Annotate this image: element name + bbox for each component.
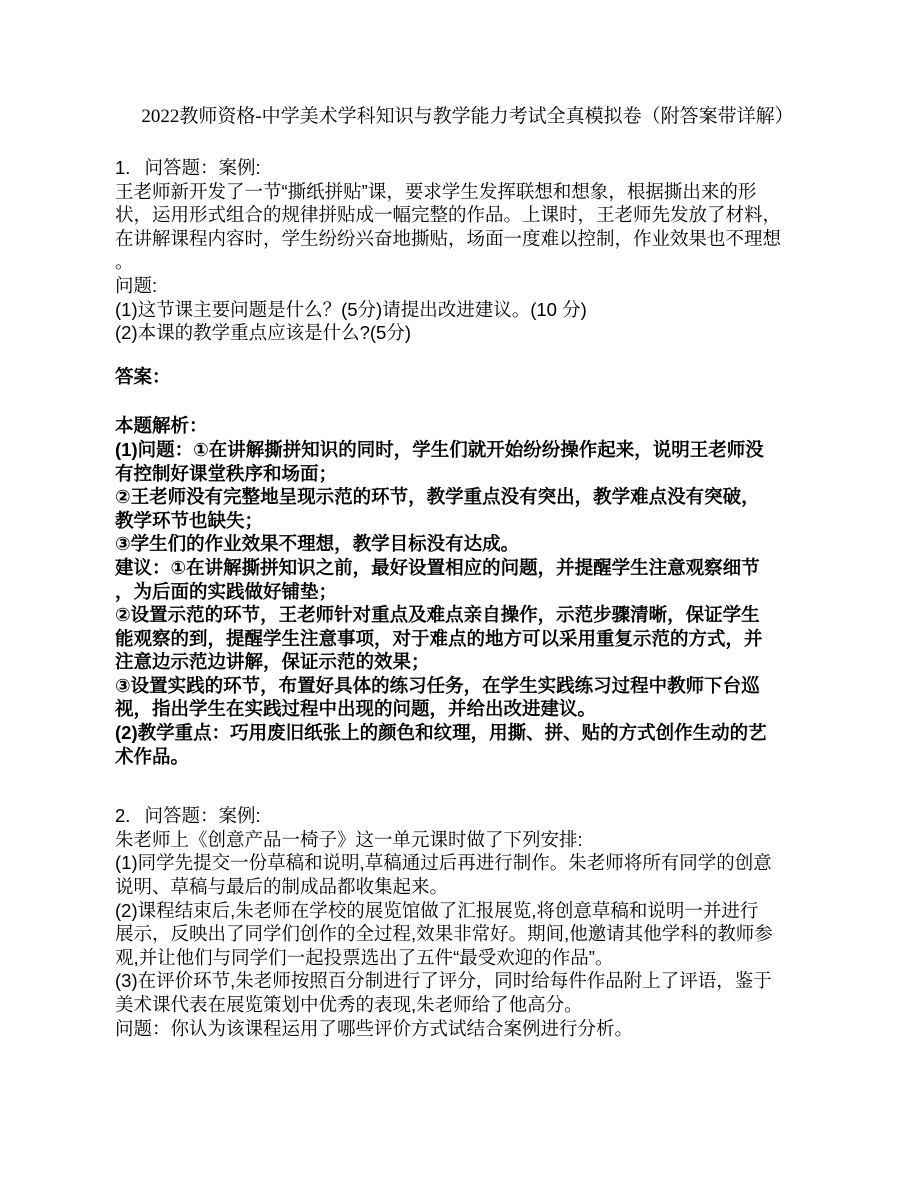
question-1-analysis-line: 视，指出学生在实践过程中出现的问题，并给出改进建议。: [115, 697, 820, 721]
question-2-case-line: (1)同学先提交一份草稿和说明,草稿通过后再进行制作。朱老师将所有同学的创意: [115, 851, 820, 875]
question-2-case-line: 展示，反映出了同学们创作的全过程,效果非常好。期间,他邀请其他学科的教师参: [115, 922, 820, 946]
document-title: 2022教师资格-中学美术学科知识与教学能力考试全真模拟卷（附答案带详解）: [115, 104, 820, 130]
question-1-analysis-line: 有控制好课堂秩序和场面；: [115, 462, 820, 486]
question-1-number: 1.: [115, 157, 130, 178]
question-1-case-line: 王老师新开发了一节“撕纸拼贴”课，要求学生发挥联想和想象，根据撕出来的形: [115, 180, 820, 204]
question-1-analysis-line: 建议：①在讲解撕拼知识之前，最好设置相应的问题，并提醒学生注意观察细节: [115, 556, 820, 580]
question-1-header: 1.问答题：案例:: [115, 156, 820, 180]
question-1-case-line: (1)这节课主要问题是什么？(5分)请提出改进建议。(10 分): [115, 298, 820, 322]
question-1-case-line: 状，运用形式组合的规律拼贴成一幅完整的作品。上课时，王老师先发放了材料，: [115, 203, 820, 227]
question-1: 1.问答题：案例: 王老师新开发了一节“撕纸拼贴”课，要求学生发挥联想和想象，根…: [115, 156, 820, 768]
question-1-analysis-line: (1)问题：①在讲解撕拼知识的同时，学生们就开始纷纷操作起来，说明王老师没: [115, 438, 820, 462]
question-1-analysis-line: ，为后面的实践做好铺垫；: [115, 580, 820, 604]
question-2-case-line: (2)课程结束后,朱老师在学校的展览馆做了汇报展览,将创意草稿和说明一并进行: [115, 899, 820, 923]
question-1-analysis-line: 教学环节也缺失；: [115, 509, 820, 533]
question-1-case-line: 在讲解课程内容时，学生纷纷兴奋地撕贴，场面一度难以控制，作业效果也不理想: [115, 227, 820, 251]
question-1-case-line: 。: [115, 250, 820, 274]
question-1-analysis-line: ③设置实践的环节，布置好具体的练习任务，在学生实践练习过程中教师下台巡: [115, 674, 820, 698]
document-content: 2022教师资格-中学美术学科知识与教学能力考试全真模拟卷（附答案带详解） 1.…: [0, 0, 920, 1040]
question-1-type-label: 问答题：案例:: [144, 157, 260, 178]
question-2-type-label: 问答题：案例:: [144, 805, 260, 826]
question-1-analysis-line: 术作品。: [115, 745, 820, 769]
question-2-case-line: 问题：你认为该课程运用了哪些评价方式试结合案例进行分析。: [115, 1017, 820, 1041]
question-2-case-line: 说明、草稿与最后的制成品都收集起来。: [115, 875, 820, 899]
question-1-case-line: (2)本课的教学重点应该是什么?(5分): [115, 321, 820, 345]
question-2-header: 2.问答题：案例:: [115, 804, 820, 828]
question-2-number: 2.: [115, 805, 130, 826]
question-1-analysis-line: 能观察的到，提醒学生注意事项，对于难点的地方可以采用重复示范的方式，并: [115, 627, 820, 651]
question-2-case-line: 美术课代表在展览策划中优秀的表现,朱老师给了他高分。: [115, 993, 820, 1017]
question-1-analysis-line: ②王老师没有完整地呈现示范的环节，教学重点没有突出，教学难点没有突破，: [115, 485, 820, 509]
question-1-analysis-line: ③学生们的作业效果不理想，教学目标没有达成。: [115, 532, 820, 556]
question-1-case-line: 问题:: [115, 274, 820, 298]
document-page: 2022教师资格-中学美术学科知识与教学能力考试全真模拟卷（附答案带详解） 1.…: [0, 0, 920, 1191]
question-1-analysis-line: 注意边示范边讲解，保证示范的效果；: [115, 650, 820, 674]
question-2-case-line: 朱老师上《创意产品一椅子》这一单元课时做了下列安排:: [115, 828, 820, 852]
analysis-heading: 本题解析：: [115, 414, 820, 438]
question-1-analysis-line: ②设置示范的环节，王老师针对重点及难点亲自操作，示范步骤清晰，保证学生: [115, 603, 820, 627]
answer-label: 答案：: [115, 365, 820, 389]
question-2-case-line: 观,并让他们与同学们一起投票选出了五件“最受欢迎的作品”。: [115, 946, 820, 970]
question-2-case-line: (3)在评价环节,朱老师按照百分制进行了评分，同时给每件作品附上了评语，鉴于: [115, 969, 820, 993]
question-2: 2.问答题：案例: 朱老师上《创意产品一椅子》这一单元课时做了下列安排: (1)…: [115, 804, 820, 1040]
question-1-analysis-line: (2)教学重点：巧用废旧纸张上的颜色和纹理，用撕、拼、贴的方式创作生动的艺: [115, 721, 820, 745]
